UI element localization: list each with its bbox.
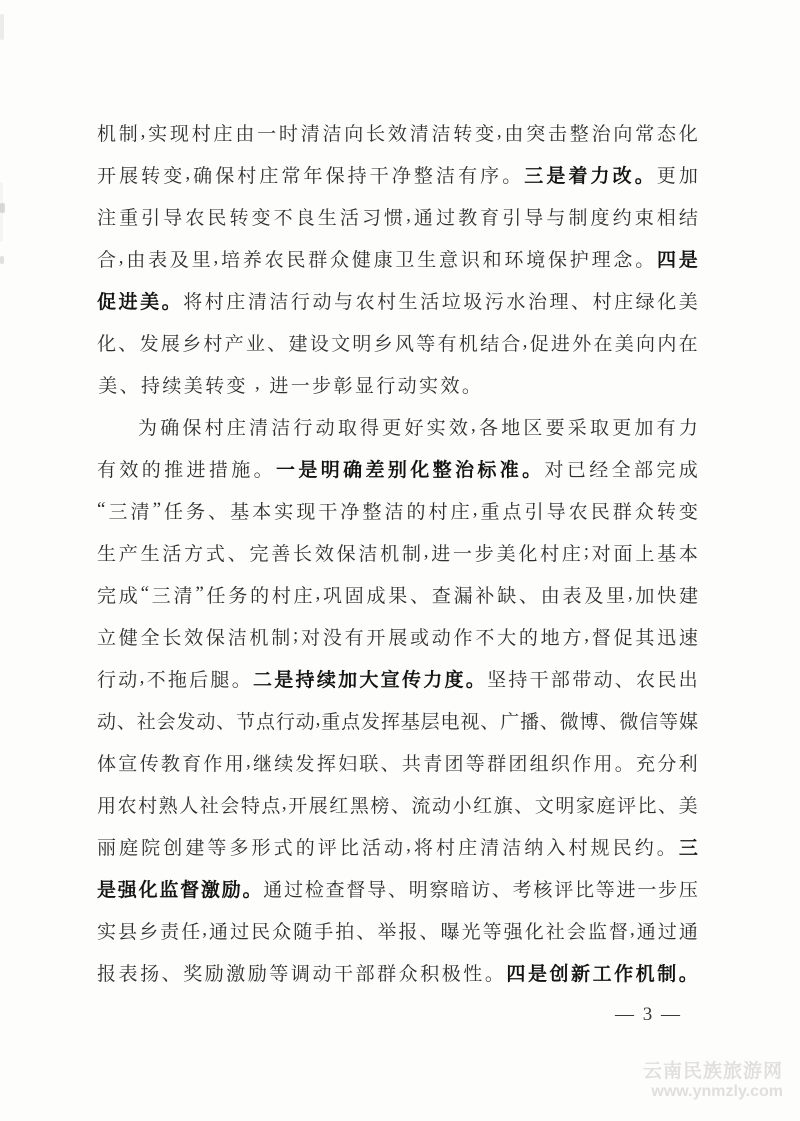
scan-artifact (0, 203, 5, 213)
text-line: 用农村熟人社会特点,开展红黑榜、流动小红旗、文明家庭评比、美 (97, 783, 698, 825)
text-line: 美、持续美转变,进一步彰显行动实效。 (97, 363, 698, 405)
text-line: 化、发展乡村产业、建设文明乡风等有机结合,促进外在美向内在 (97, 321, 698, 363)
text-line: 生产生活方式、完善长效保洁机制,进一步美化村庄;对面上基本 (97, 531, 698, 573)
text-line: 开展转变,确保村庄常年保持干净整洁有序。三是着力改。更加 (97, 153, 698, 195)
text-line: 注重引导农民转变不良生活习惯,通过教育引导与制度约束相结 (97, 195, 698, 237)
text-line: 机制,实现村庄由一时清洁向长效清洁转变,由突击整治向常态化 (97, 111, 698, 153)
text-line: 动、社会发动、节点行动,重点发挥基层电视、广播、微博、微信等媒 (97, 699, 698, 741)
scan-artifact (0, 256, 4, 264)
text-line: “三清”任务、基本实现干净整洁的村庄,重点引导农民群众转变 (97, 489, 698, 531)
scanned-document-page: 机制,实现村庄由一时清洁向长效清洁转变,由突击整治向常态化开展转变,确保村庄常年… (0, 0, 800, 1121)
text-line: 实县乡责任,通过民众随手拍、举报、曝光等强化社会监督,通过通 (97, 909, 698, 951)
page-number: — 3 — (615, 1004, 682, 1026)
text-line: 体宣传教育作用,继续发挥妇联、共青团等群团组织作用。充分利 (97, 741, 698, 783)
text-line: 报表扬、奖励激励等调动干部群众积极性。四是创新工作机制。 (97, 951, 698, 993)
text-line: 是强化监督激励。通过检查督导、明察暗访、考核评比等进一步压 (97, 867, 698, 909)
text-line: 促进美。将村庄清洁行动与农村生活垃圾污水治理、村庄绿化美 (97, 279, 698, 321)
watermark-site-url: www.ynmzly.com (643, 1083, 783, 1101)
text-line: 合,由表及里,培养农民群众健康卫生意识和环境保护理念。四是 (97, 237, 698, 279)
document-body: 机制,实现村庄由一时清洁向长效清洁转变,由突击整治向常态化开展转变,确保村庄常年… (97, 111, 698, 993)
text-line: 行动,不拖后腿。二是持续加大宣传力度。坚持干部带动、农民出 (97, 657, 698, 699)
watermark-site-name: 云南民族旅游网 (643, 1061, 783, 1083)
text-line: 为确保村庄清洁行动取得更好实效,各地区要采取更加有力 (97, 405, 698, 447)
text-line: 丽庭院创建等多形式的评比活动,将村庄清洁纳入村规民约。三 (97, 825, 698, 867)
text-line: 完成“三清”任务的村庄,巩固成果、查漏补缺、由表及里,加快建 (97, 573, 698, 615)
watermark: 云南民族旅游网 www.ynmzly.com (643, 1061, 783, 1101)
scan-artifact (0, 14, 4, 40)
text-line: 立健全长效保洁机制;对没有开展或动作不大的地方,督促其迅速 (97, 615, 698, 657)
text-line: 有效的推进措施。一是明确差别化整治标准。对已经全部完成 (97, 447, 698, 489)
